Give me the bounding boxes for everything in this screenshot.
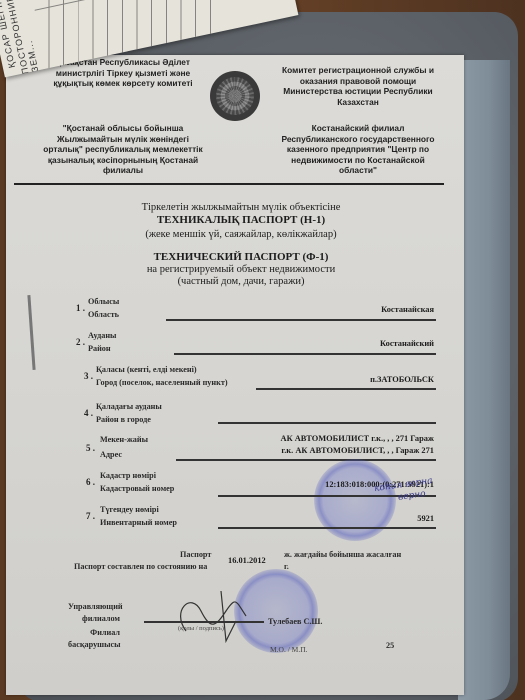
binding-thread xyxy=(27,295,35,370)
field-label-kz: Қаласы (кенті, елді мекені) xyxy=(96,363,197,376)
field-label-ru: Город (поселок, населенный пункт) xyxy=(96,376,228,389)
header-line: қазыналық кәсіпорнының Қостанай xyxy=(28,155,218,166)
header-line: Жылжымайтын мүлік жөніндегі xyxy=(28,134,218,145)
title-kz-heading: ТЕХНИКАЛЫҚ ПАСПОРТ (Н-1) xyxy=(157,214,325,226)
field-number: 2 . xyxy=(76,337,85,347)
field-label-ru: Адрес xyxy=(100,448,122,461)
header-line: филиалы xyxy=(28,165,218,176)
field-label-ru: Район в городе xyxy=(96,413,151,426)
field-label-kz: Облысы xyxy=(88,295,119,308)
field-underline xyxy=(256,388,436,390)
state-emblem-icon xyxy=(210,71,260,121)
signature-scribble xyxy=(166,581,256,651)
field-underline xyxy=(166,319,436,321)
field-number: 1 . xyxy=(76,303,85,313)
title-ru-line2: на регистрируемый объект недвижимости xyxy=(96,264,386,276)
field-label-kz: Мекен-жайы xyxy=(100,433,148,446)
header-line: Министерства юстиции Республики xyxy=(268,86,448,97)
field-value-ru: г.к. АК АВТОМОБИЛИСТ, , , Гараж 271 xyxy=(281,445,434,457)
signer-role-ru: филиалом xyxy=(68,612,120,625)
header-line: казенного предприятия "Центр по xyxy=(268,144,448,155)
signature-caption: (қолы / подпись) xyxy=(178,625,224,632)
header-line: Казахстан xyxy=(268,97,448,108)
folder-edge xyxy=(458,60,510,700)
signer-name: Тулебаев С.Ш. xyxy=(268,615,322,628)
signature-line xyxy=(144,621,264,623)
field-label-kz: Кадастр нөмірі xyxy=(100,469,156,482)
header-line: области" xyxy=(268,165,448,176)
header-right-branch: Костанайский филиал Республиканского гос… xyxy=(268,123,448,176)
header-line: Костанайский филиал xyxy=(268,123,448,134)
header-line: құқықтық көмек көрсету комитеті xyxy=(28,78,218,89)
field-label-kz: Қаладағы ауданы xyxy=(96,400,162,413)
date-label-ru: Паспорт составлен по состоянию на xyxy=(74,560,207,573)
signer-role-kz: басқарушысы xyxy=(68,638,120,651)
header-line: Комитет регистрационной службы и xyxy=(268,65,448,76)
field-underline xyxy=(174,353,436,355)
field-value: п.ЗАТОБОЛЬСК xyxy=(370,374,434,386)
official-seal-stamp xyxy=(314,459,396,541)
header-line: "Қостанай облысы бойынша xyxy=(28,123,218,134)
field-label-kz: Түгендеу нөмірі xyxy=(100,503,159,516)
header-line: оказания правовой помощи xyxy=(268,76,448,87)
page-number: 25 xyxy=(386,639,394,652)
header-left-branch: "Қостанай облысы бойынша Жылжымайтын мүл… xyxy=(28,123,218,176)
field-label-ru: Кадастровый номер xyxy=(100,482,174,495)
seal-caption: М.О. / М.П. xyxy=(270,645,308,654)
title-ru-line3: (частный дом, дачи, гаражи) xyxy=(96,276,386,288)
passport-date: 16.01.2012 xyxy=(228,555,266,567)
field-label-ru: Район xyxy=(88,342,111,355)
document-title: Тіркелетін жылжымайтын мүлік объектісіне… xyxy=(96,202,386,288)
title-ru-heading: ТЕХНИЧЕСКИЙ ПАСПОРТ (Ф-1) xyxy=(154,251,329,263)
handwritten-certification: верно xyxy=(397,489,426,503)
field-label-ru: Инвентарный номер xyxy=(100,516,177,529)
field-underline xyxy=(176,459,436,461)
header-right-org: Комитет регистрационной службы и оказани… xyxy=(268,65,448,107)
date-suffix-kz: ж. жағдайы бойынша жасалған xyxy=(284,548,401,561)
field-value: Костанайский xyxy=(380,338,434,350)
header-divider xyxy=(14,183,444,185)
technical-passport-page: Қазақстан Республикасы Әділет министрліг… xyxy=(6,55,464,695)
header-line: Республиканского государственного xyxy=(268,134,448,145)
field-underline xyxy=(218,422,436,424)
field-number: 7 . xyxy=(86,511,95,521)
field-value: 5921 xyxy=(417,513,434,525)
field-label-ru: Область xyxy=(88,308,119,321)
field-number: 5 . xyxy=(86,443,95,453)
field-number: 3 . xyxy=(84,371,93,381)
header-line: орталық" республикалық мемлекеттік xyxy=(28,144,218,155)
field-number: 6 . xyxy=(86,477,95,487)
field-label-kz: Ауданы xyxy=(88,329,116,342)
field-value-kz: АК АВТОМОБИЛИСТ г.к., , , 271 Гараж xyxy=(281,433,434,445)
header-line: министрлігі Тіркеу қызметі және xyxy=(28,68,218,79)
header-line: недвижимости по Костанайской xyxy=(268,155,448,166)
field-underline xyxy=(218,527,436,529)
field-value: Костанайская xyxy=(381,304,434,316)
title-kz-line1: Тіркелетін жылжымайтын мүлік объектісіне xyxy=(96,202,386,214)
title-kz-line3: (жеке меншік үй, саяжайлар, көлікжайлар) xyxy=(96,229,386,241)
field-number: 4 . xyxy=(84,408,93,418)
